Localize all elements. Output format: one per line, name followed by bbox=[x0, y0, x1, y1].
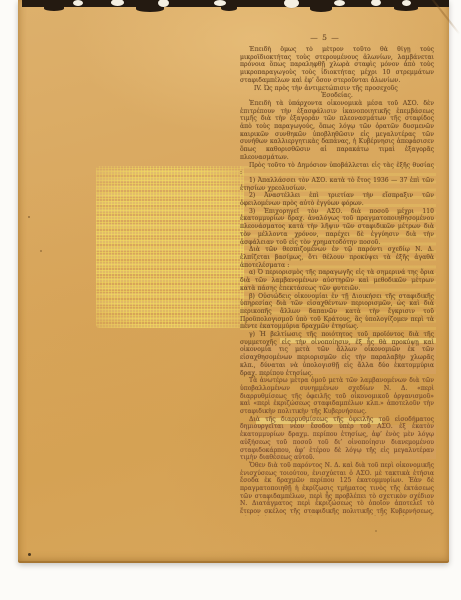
list-item: α) Ὁ περιορισμὸς τῆς παραγωγῆς εἰς τὰ ση… bbox=[240, 269, 434, 292]
paragraph: Ἐπειδὴ ὅμως τὸ μέτρον τοῦτο θὰ θίγῃ τοὺς… bbox=[240, 46, 434, 85]
paper-sheet: — 5 — Ἐπειδὴ ὅμως τὸ μέτρον τοῦτο θὰ θίγ… bbox=[18, 0, 449, 563]
body-text: Ἐπειδὴ ὅμως τὸ μέτρον τοῦτο θὰ θίγῃ τοὺς… bbox=[240, 46, 434, 516]
binder-hole bbox=[334, 0, 345, 6]
page-number: — 5 — bbox=[240, 33, 410, 42]
ink-speck bbox=[28, 216, 30, 218]
scanned-page: — 5 — Ἐπειδὴ ὅμως τὸ μέτρον τοῦτο θὰ θίγ… bbox=[0, 0, 461, 600]
paragraph: Ἐπειδὴ τὰ ὑπάρχοντα οἰκονομικὰ μέσα τοῦ … bbox=[240, 100, 434, 162]
paragraph: Διὰ τῆς διαρρυθμίσεως τῆς ὀφειλῆς τοῦ εἰ… bbox=[240, 416, 434, 462]
torn-edge-bump bbox=[44, 6, 64, 11]
paragraph: Ὅθεν διὰ τοῦ παρόντος Ν. Δ. καὶ διὰ τοῦ … bbox=[240, 462, 434, 516]
list-item: β) Οὐσιώδεις οἰκονομίαι ἐν τῇ Διοικήσει … bbox=[240, 293, 434, 332]
torn-edge-bump bbox=[136, 6, 164, 12]
torn-edge-bump bbox=[394, 6, 418, 11]
ink-speck bbox=[40, 250, 42, 252]
list-item: 2) Ἀναστέλλει ἐπὶ τριετίαν τὴν εἴσπραξιν… bbox=[240, 192, 434, 207]
ink-speck bbox=[375, 530, 377, 532]
showthrough-mesh bbox=[96, 166, 244, 328]
binder-hole bbox=[214, 0, 226, 6]
ink-speck bbox=[28, 553, 31, 556]
section-heading-subline: Ἐσοδείας. bbox=[240, 92, 434, 100]
binder-hole bbox=[73, 0, 83, 6]
torn-edge-bump bbox=[310, 6, 332, 12]
paragraph: Διὰ τῶν θεσπιζομένων ἐν τῷ παρόντι σχεδί… bbox=[240, 246, 434, 269]
paragraph: Πρὸς τοῦτο τὸ Δημόσιον ὑποβάλλεται εἰς τ… bbox=[240, 162, 434, 177]
torn-edge-bump bbox=[221, 6, 237, 11]
paragraph: Τὰ ἀνωτέρω μέτρα ὁμοῦ μετὰ τῶν λαμβανομέ… bbox=[240, 377, 434, 416]
binder-hole bbox=[402, 0, 411, 6]
list-item: 1) Ἀπαλλάσσει τὸν ΑΣΟ. κατὰ τὸ ἔτος 1936… bbox=[240, 177, 434, 192]
list-item: γ) Ἡ βελτίωσις τῆς ποιότητος τοῦ προϊόντ… bbox=[240, 331, 434, 377]
list-item: 3) Ἐπιχορηγεῖ τὸν ΑΣΟ. διὰ ποσοῦ μέχρι 1… bbox=[240, 208, 434, 247]
